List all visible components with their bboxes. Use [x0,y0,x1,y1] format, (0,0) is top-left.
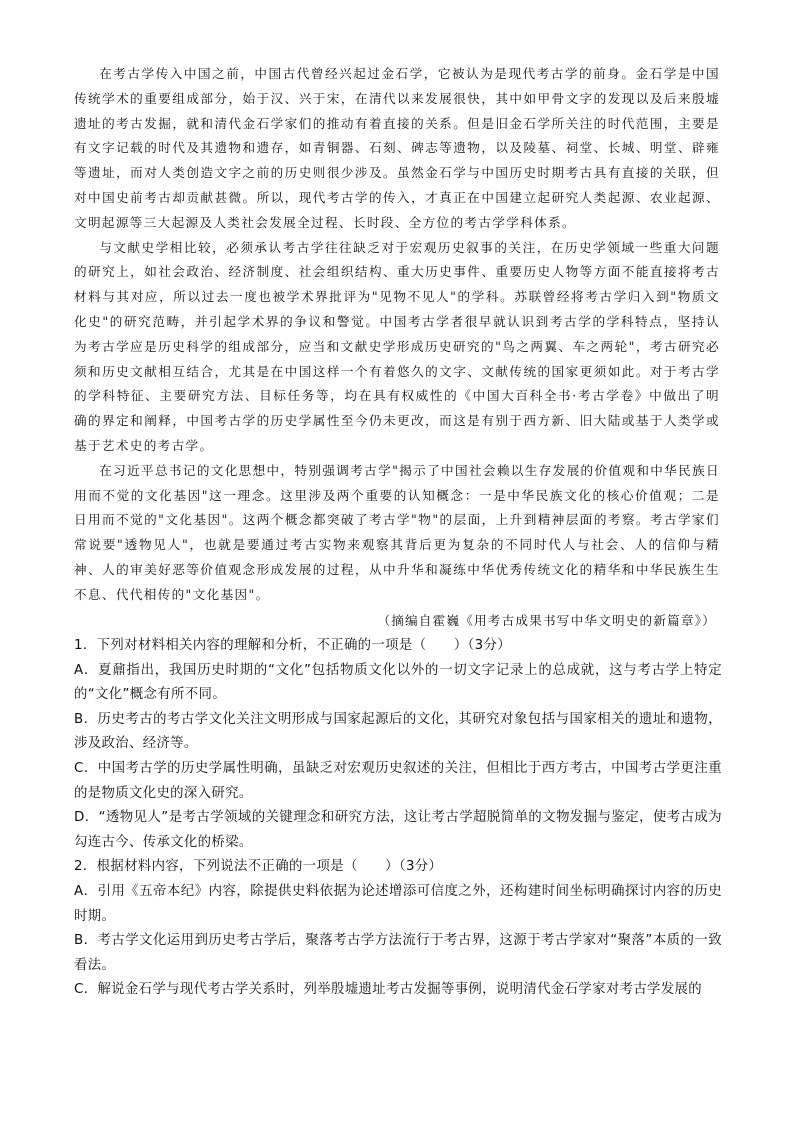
question-list: 1．下列对材料相关内容的理解和分析，不正确的一项是（ ）（3分） A．夏鼐指出，… [74,634,722,1003]
question-1-option-c: C．中国考古学的历史学属性明确，虽缺乏对宏观历史叙述的关注，但相比于西方考古，中… [74,757,722,806]
question-2: 2．根据材料内容，下列说法不正确的一项是（ ）（3分） A．引用《五帝本纪》内容… [74,855,722,1003]
question-2-option-a: A．引用《五帝本纪》内容，除提供史料依据为论述增添可信度之外，还构建时间坐标明确… [74,880,722,929]
question-1-stem: 1．下列对材料相关内容的理解和分析，不正确的一项是（ ）（3分） [74,634,722,659]
exam-page: 在考古学传入中国之前，中国古代曾经兴起过金石学，它被认为是现代考古学的前身。金石… [0,0,794,1123]
reading-passage: 在考古学传入中国之前，中国古代曾经兴起过金石学，它被认为是现代考古学的前身。金石… [74,62,720,608]
question-2-option-c: C．解说金石学与现代考古学关系时，列举殷墟遗址考古发掘等事例，说明清代金石学家对… [74,978,722,1003]
question-1-option-b: B．历史考古的考古学文化关注文明形成与国家起源后的文化，其研究对象包括与国家相关… [74,708,722,757]
passage-paragraph-2: 与文献史学相比较，必须承认考古学往往缺乏对于宏观历史叙事的关注，在历史学领域一些… [74,236,720,459]
passage-source-citation: （摘编自霍巍《用考古成果书写中华文明史的新篇章》） [377,609,716,633]
question-1: 1．下列对材料相关内容的理解和分析，不正确的一项是（ ）（3分） A．夏鼐指出，… [74,634,722,855]
question-2-option-b: B．考古学文化运用到历史考古学后，聚落考古学方法流行于考古界，这源于考古学家对“… [74,929,722,978]
passage-paragraph-1: 在考古学传入中国之前，中国古代曾经兴起过金石学，它被认为是现代考古学的前身。金石… [74,62,720,236]
question-2-stem: 2．根据材料内容，下列说法不正确的一项是（ ）（3分） [74,855,722,880]
question-1-option-a: A．夏鼐指出，我国历史时期的“文化”包括物质文化以外的一切文字记录上的总成就，这… [74,659,722,708]
question-1-option-d: D．“透物见人”是考古学领域的关键理念和研究方法，这让考古学超脱简单的文物发掘与… [74,806,722,855]
passage-paragraph-3: 在习近平总书记的文化思想中，特别强调考古学"揭示了中国社会赖以生存发展的价值观和… [74,459,720,608]
